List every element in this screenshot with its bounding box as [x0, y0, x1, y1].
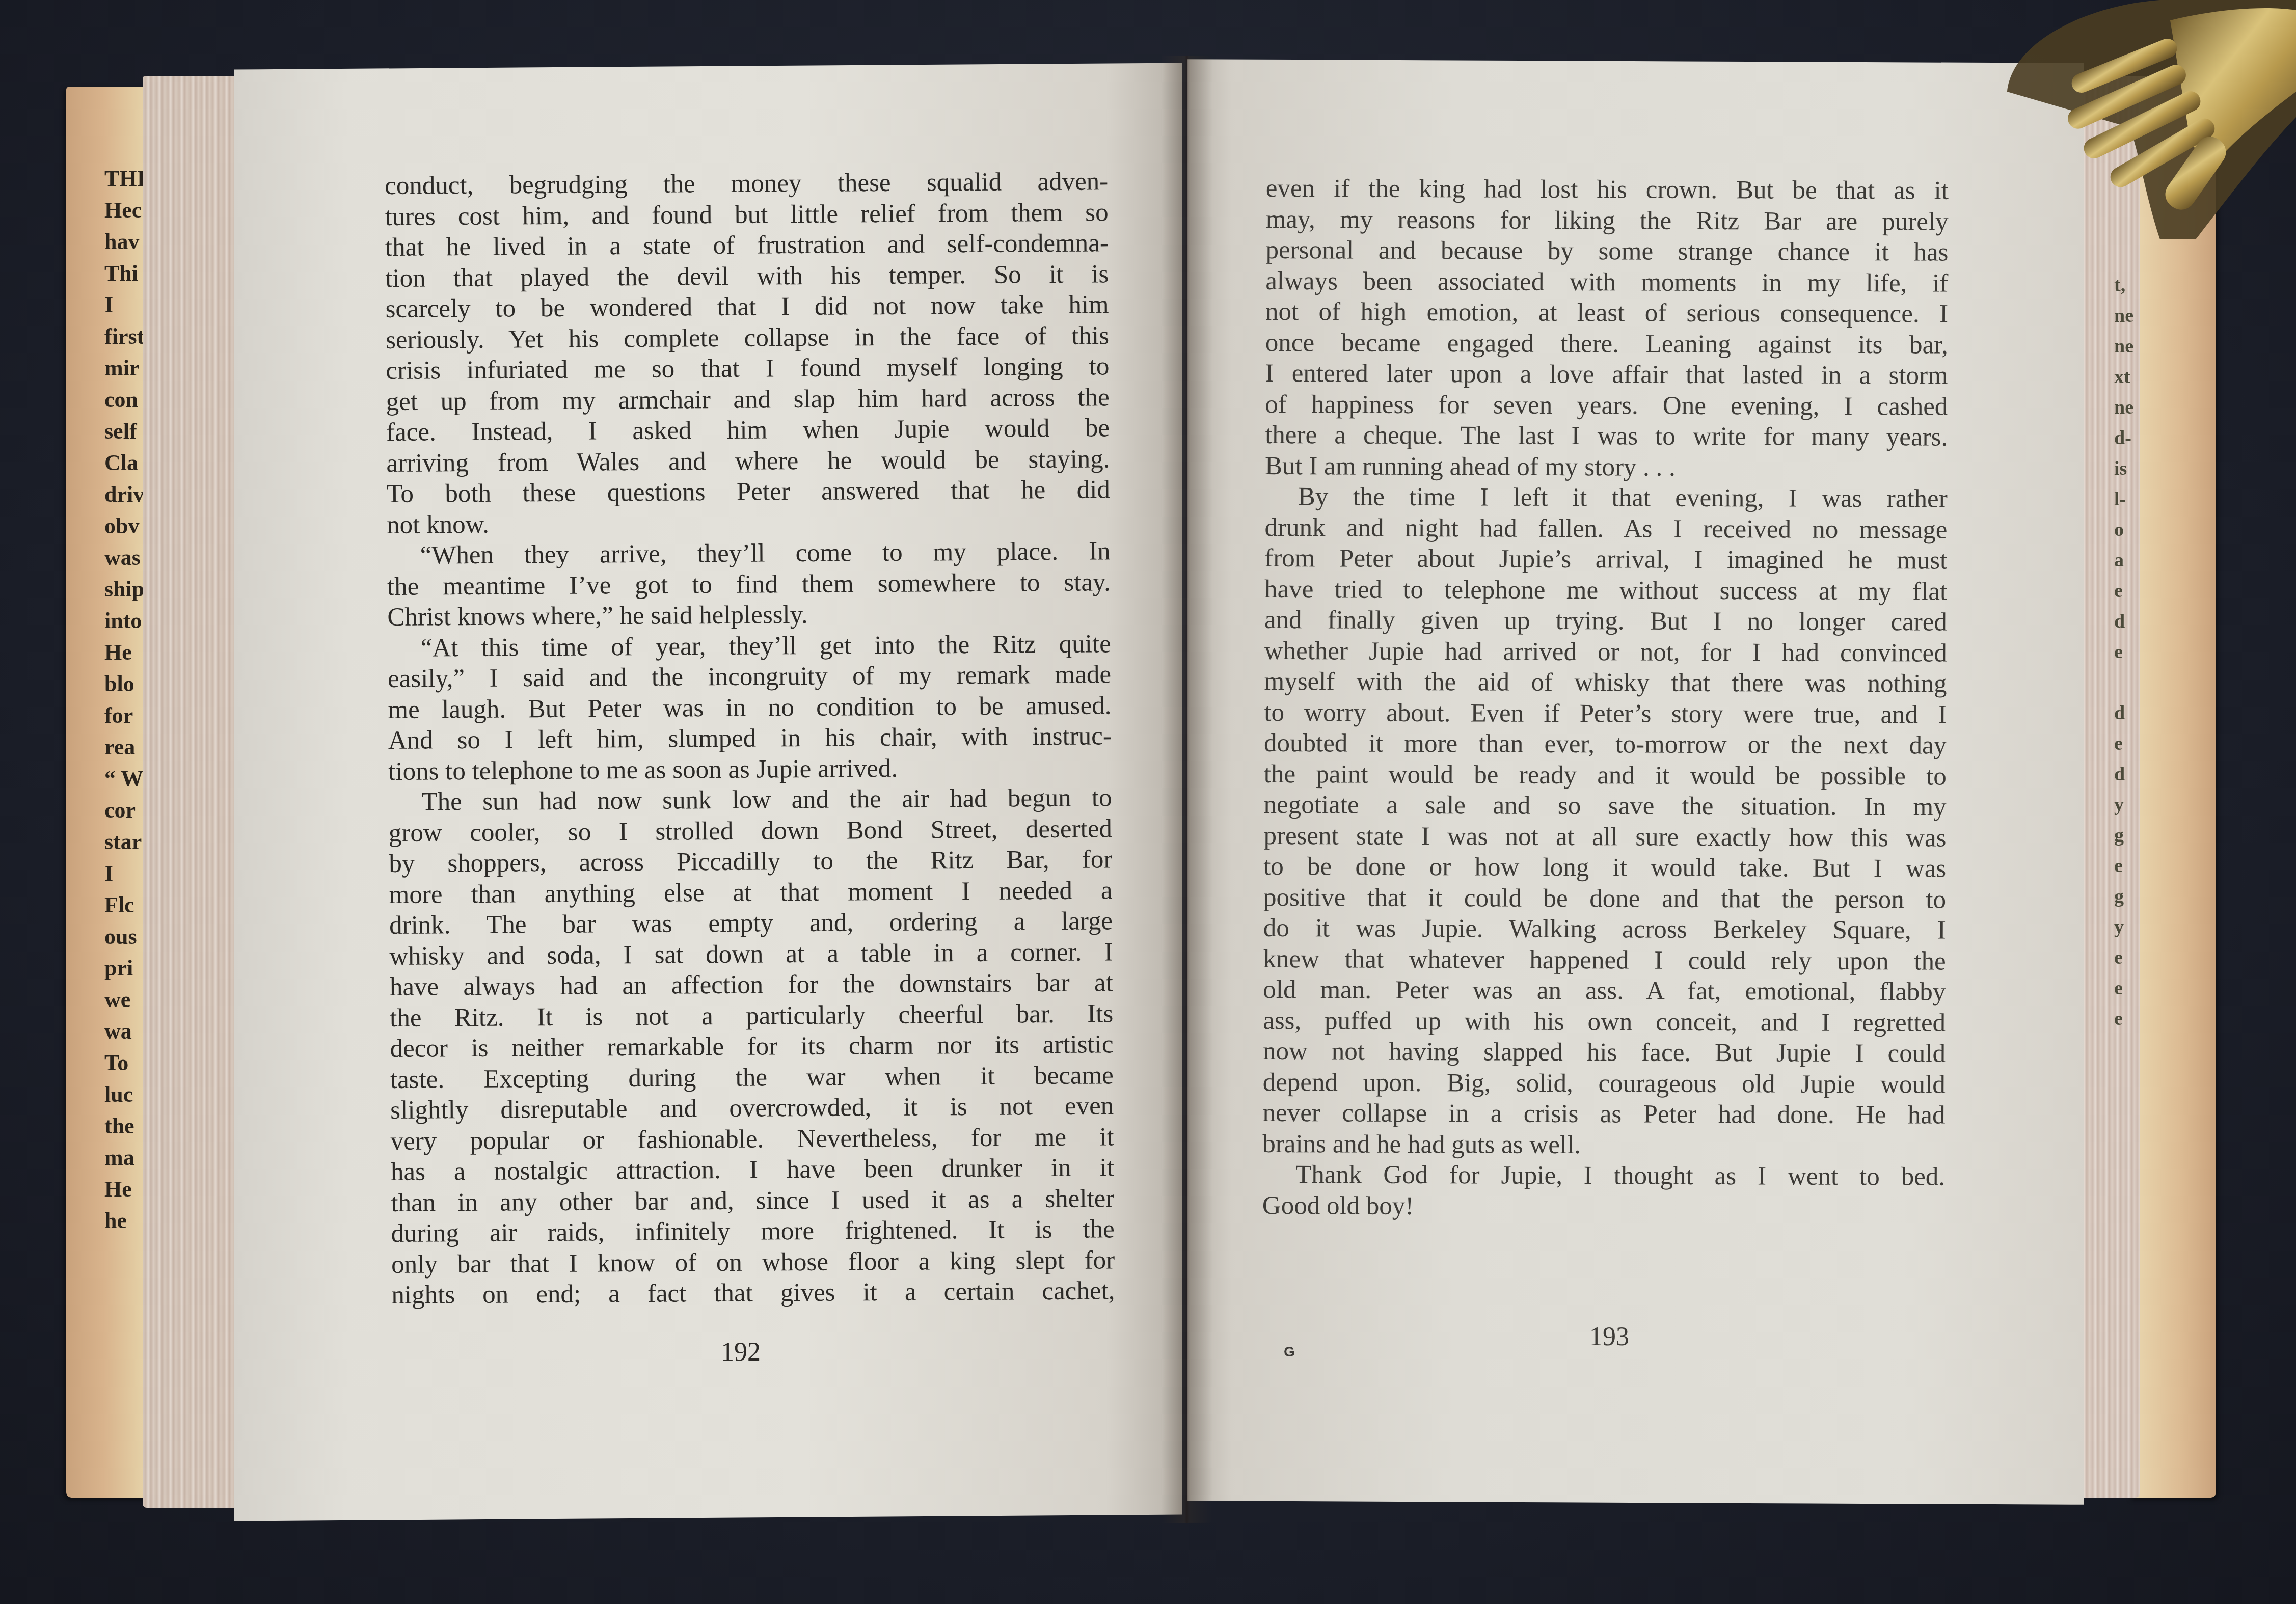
text-line: may, my reasons for liking the Ritz Bar … — [1266, 204, 1949, 237]
text-line: only bar that I know of on whose floor a… — [391, 1245, 1115, 1280]
text-line: The sun had now sunk low and the air had… — [388, 782, 1112, 818]
text-line: To both these questions Peter answered t… — [387, 474, 1110, 509]
text-line: And so I left him, slumped in his chair,… — [388, 721, 1112, 756]
text-line: from Peter about Jupie’s arrival, I imag… — [1264, 543, 1947, 576]
text-line: there a cheque. The last I was to write … — [1265, 420, 1948, 453]
text-line: tions to telephone to me as soon as Jupi… — [388, 752, 1112, 787]
text-line: now not having slapped his face. But Jup… — [1263, 1036, 1946, 1069]
text-line: more than anything else at that moment I… — [389, 875, 1113, 910]
text-line: scarcely to be wondered that I did not n… — [385, 289, 1109, 324]
text-line: drink. The bar was empty and, ordering a… — [389, 906, 1113, 941]
text-line: positive that it could be done and that … — [1263, 882, 1946, 915]
text-line: crisis infuriated me so that I found mys… — [386, 351, 1109, 386]
text-line: tion that played the devil with his temp… — [385, 259, 1109, 294]
text-line: me laugh. But Peter was in no condition … — [388, 690, 1111, 725]
text-line: face. Instead, I asked him when Jupie wo… — [386, 413, 1110, 448]
text-line: whether Jupie had arrived or not, for I … — [1264, 635, 1947, 668]
text-line: do it was Jupie. Walking across Berkeley… — [1263, 913, 1946, 946]
text-line: taste. Excepting during the war when it … — [390, 1060, 1114, 1095]
text-line: “When they arrive, they’ll come to my pl… — [387, 536, 1110, 571]
signature-mark: G — [1284, 1344, 1295, 1360]
text-line: depend upon. Big, solid, courageous old … — [1263, 1067, 1946, 1100]
text-line: the meantime I’ve got to find them somew… — [387, 567, 1111, 602]
text-line: not know. — [387, 505, 1110, 540]
text-line: very popular or fashionable. Nevertheles… — [390, 1122, 1114, 1157]
left-page-body: conduct, begrudging the money these squa… — [385, 166, 1115, 1311]
text-line: myself with the aid of whisky that there… — [1264, 666, 1947, 699]
text-line: get up from my armchair and slap him har… — [386, 382, 1110, 417]
text-line: once became engaged there. Leaning again… — [1265, 327, 1948, 360]
left-page-number: 192 — [721, 1337, 761, 1367]
text-line: present state I was not at all sure exac… — [1263, 820, 1946, 853]
text-line: and finally given up trying. But I no lo… — [1264, 605, 1947, 638]
text-line: than in any other bar and, since I used … — [391, 1183, 1114, 1218]
text-line: Thank God for Jupie, I thought as I went… — [1262, 1159, 1945, 1192]
text-line: negotiate a sale and so save the situati… — [1264, 790, 1947, 823]
text-line: that he lived in a state of frustration … — [385, 228, 1109, 263]
right-page-number: 193 — [1589, 1322, 1629, 1352]
text-line: never collapse in a crisis as Peter had … — [1262, 1098, 1945, 1131]
text-line: to worry about. Even if Peter’s story we… — [1264, 697, 1947, 730]
text-line: slightly disreputable and overcrowded, i… — [390, 1091, 1114, 1126]
book-gutter — [1161, 56, 1212, 1523]
text-line: decor is neither remarkable for its char… — [390, 1029, 1113, 1064]
text-line: But I am running ahead of my story . . . — [1265, 450, 1948, 483]
right-page-body: even if the king had lost his crown. But… — [1262, 173, 1949, 1224]
open-book: THI Hec hav Thi I first mir con self Cla… — [0, 0, 2296, 1604]
text-line: personal and because by some strange cha… — [1265, 235, 1948, 268]
text-line: tures cost him, and found but little rel… — [385, 197, 1108, 232]
text-line: conduct, begrudging the money these squa… — [385, 166, 1108, 201]
text-line: of happiness for seven years. One evenin… — [1265, 389, 1948, 422]
left-page-stack — [143, 76, 245, 1508]
text-line: “At this time of year, they’ll get into … — [388, 629, 1111, 664]
text-line: not of high emotion, at least of serious… — [1265, 296, 1948, 330]
text-line: have tried to telephone me without succe… — [1264, 574, 1947, 607]
text-line: Christ knows where,” he said helplessly. — [387, 597, 1111, 633]
text-line: even if the king had lost his crown. But… — [1266, 173, 1949, 206]
brass-hand-clip-icon — [1977, 0, 2296, 239]
text-line: I entered later upon a love affair that … — [1265, 358, 1948, 391]
right-edge-text-fragment: t, ne ne xt ne d- is l- o a e d e d e d … — [2114, 270, 2145, 1187]
text-line: arriving from Wales and where he would b… — [386, 444, 1110, 479]
text-line: doubted it more than ever, to-morrow or … — [1264, 728, 1947, 761]
left-edge-text-fragment: THI Hec hav Thi I first mir con self Cla… — [104, 163, 145, 1284]
text-line: easily,” I said and the incongruity of m… — [388, 659, 1111, 694]
text-line: the Ritz. It is not a particularly cheer… — [390, 998, 1113, 1034]
text-line: to be done or how long it would take. Bu… — [1263, 851, 1946, 884]
text-line: during air raids, infinitely more fright… — [391, 1214, 1115, 1249]
text-line: grow cooler, so I strolled down Bond Str… — [389, 813, 1112, 849]
text-line: nights on end; a fact that gives it a ce… — [391, 1275, 1115, 1311]
text-line: knew that whatever happened I could rely… — [1263, 943, 1946, 976]
text-line: the paint would be ready and it would be… — [1264, 758, 1947, 792]
text-line: brains and he had guts as well. — [1262, 1128, 1945, 1161]
text-line: always been associated with moments in m… — [1265, 265, 1948, 298]
text-line: Good old boy! — [1262, 1190, 1945, 1223]
text-line: have always had an affection for the dow… — [390, 967, 1113, 1002]
text-line: old man. Peter was an ass. A fat, emotio… — [1263, 974, 1946, 1008]
text-line: seriously. Yet his complete collapse in … — [386, 320, 1109, 356]
text-line: drunk and night had fallen. As I receive… — [1264, 512, 1947, 545]
text-line: has a nostalgic attraction. I have been … — [391, 1152, 1114, 1187]
text-line: By the time I left it that evening, I wa… — [1265, 481, 1948, 514]
text-line: by shoppers, across Piccadilly to the Ri… — [389, 844, 1112, 879]
text-line: ass, puffed up with his own conceit, and… — [1263, 1005, 1946, 1038]
text-line: whisky and soda, I sat down at a table i… — [389, 937, 1113, 972]
